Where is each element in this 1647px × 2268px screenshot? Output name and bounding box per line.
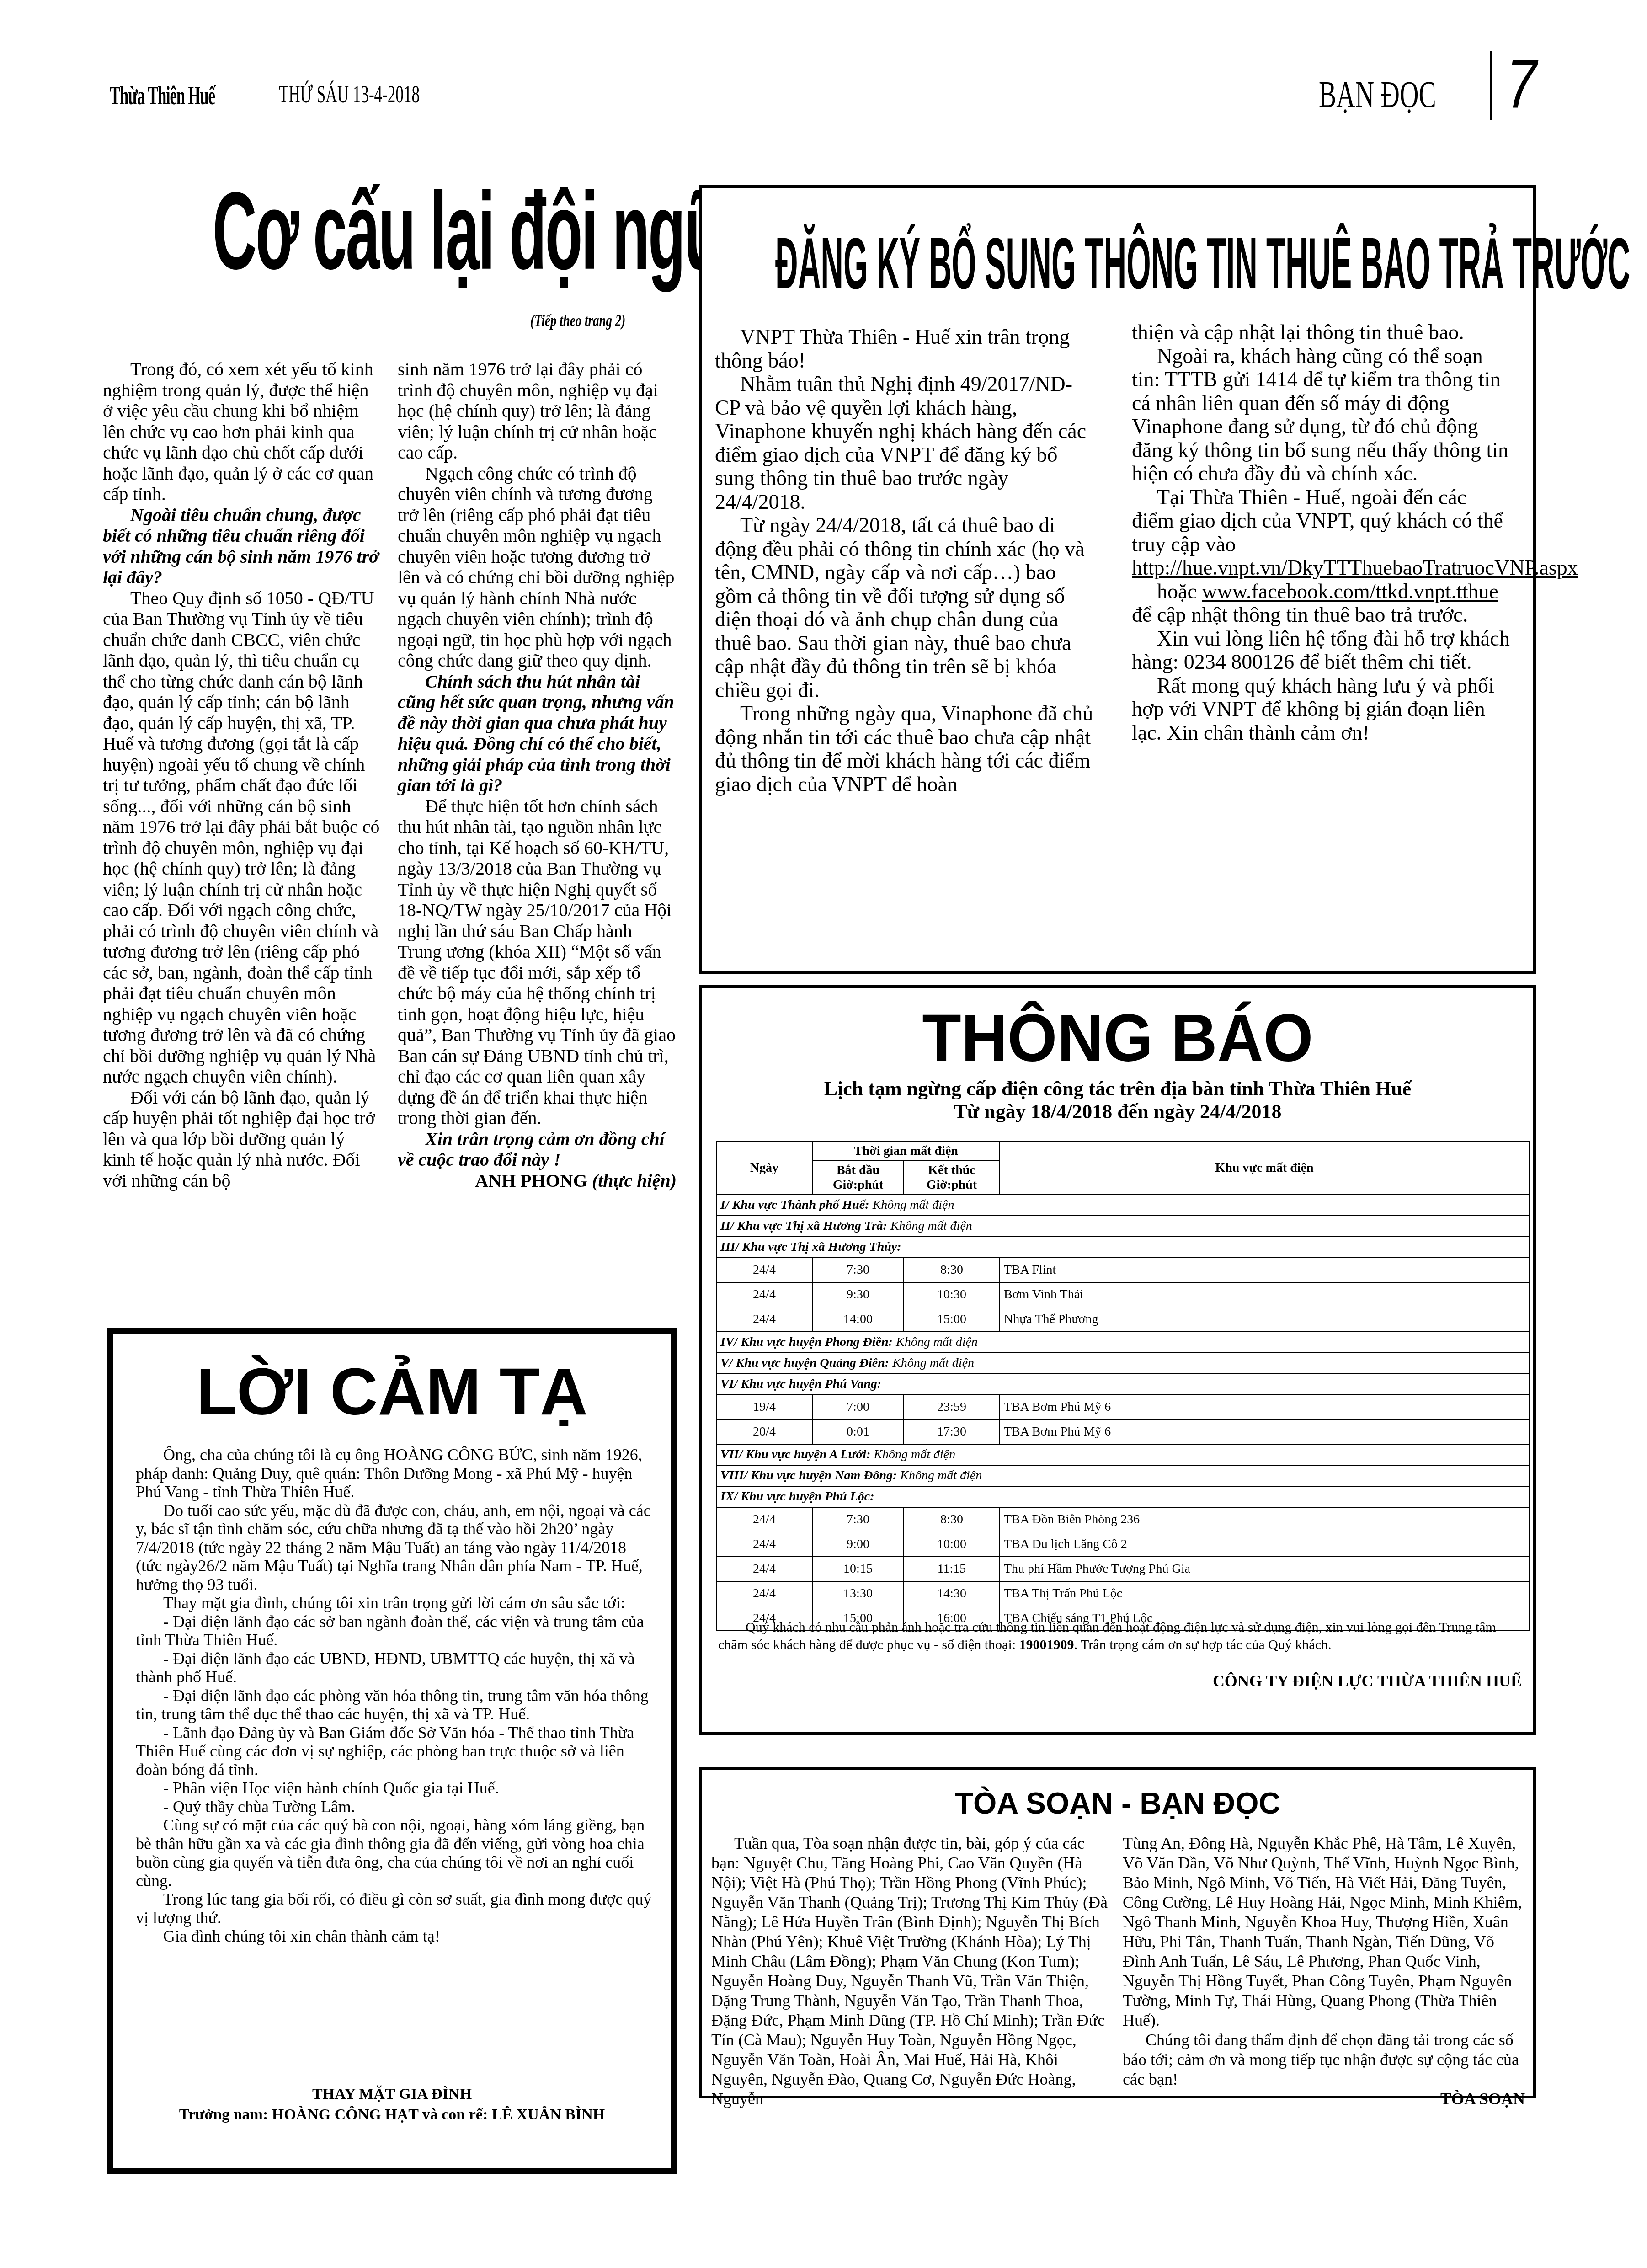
table-row: 24/47:308:30TBA Đồn Biên Phòng 236 <box>716 1507 1529 1532</box>
table-row: 19/47:0023:59TBA Bơm Phú Mỹ 6 <box>716 1395 1529 1420</box>
cell-date: 20/4 <box>716 1420 812 1444</box>
condolence-paragraph: - Lãnh đạo Đảng ủy và Ban Giám đốc Sở Vă… <box>136 1724 652 1779</box>
section-label-cell: IV/ Khu vực huyện Phong Điền: Không mất … <box>716 1332 1529 1353</box>
cell-date: 19/4 <box>716 1395 812 1420</box>
author-note: (thực hiện) <box>592 1170 677 1191</box>
article-column-1: Trong đó, có xem xét yếu tố kinh nghiệm … <box>103 359 382 1191</box>
cell-start: 7:30 <box>812 1258 904 1282</box>
notice-title: THÔNG BÁO <box>702 1005 1533 1072</box>
cell-end: 23:59 <box>904 1395 1000 1420</box>
editorial-column-2: Tùng An, Đông Hà, Nguyễn Khắc Phê, Hà Tâ… <box>1123 1834 1525 2109</box>
vnpt-paragraph: thiện và cập nhật lại thông tin thuê bao… <box>1132 320 1511 344</box>
editorial-signature: TÒA SOẠN <box>1123 2089 1525 2109</box>
condolence-paragraph: - Đại diện lãnh đạo các sở ban ngành đoà… <box>136 1612 652 1649</box>
cell-start: 14:00 <box>812 1307 904 1332</box>
condolence-paragraph: - Phân viện Học viện hành chính Quốc gia… <box>136 1779 652 1798</box>
interview-question: Ngoài tiêu chuẩn chung, được biết có nhữ… <box>103 505 382 588</box>
vnpt-website-link[interactable]: http://hue.vnpt.vn/DkyTTThuebaoTratruocV… <box>1132 556 1578 579</box>
editorial-column-1: Tuần qua, Tòa soạn nhận được tin, bài, g… <box>711 1834 1114 2109</box>
region-label: II/ Khu vực Thị xã Hương Trà: <box>720 1219 887 1233</box>
cell-end: 15:00 <box>904 1307 1000 1332</box>
cell-end: 8:30 <box>904 1507 1000 1532</box>
notice-contact-note: Quý khách có nhu cầu phản ánh hoặc tra c… <box>718 1619 1527 1654</box>
condolence-paragraph: - Đại diện lãnh đạo các phòng văn hóa th… <box>136 1686 652 1724</box>
cell-start: 7:30 <box>812 1507 904 1532</box>
section-row: VII/ Khu vực huyện A Lưới: Không mất điệ… <box>716 1444 1529 1465</box>
article-byline: ANH PHONG (thực hiện) <box>398 1170 677 1191</box>
column-header-area: Khu vực mất điện <box>1000 1142 1529 1195</box>
article-paragraph: Để thực hiện tốt hơn chính sách thu hút … <box>398 796 677 1129</box>
cell-date: 24/4 <box>716 1557 812 1581</box>
editorial-contributors: Tùng An, Đông Hà, Nguyễn Khắc Phê, Hà Tâ… <box>1123 1834 1525 2030</box>
region-label: VII/ Khu vực huyện A Lưới: <box>720 1447 870 1462</box>
table-row: 24/410:1511:15Thu phí Hầm Phước Tượng Ph… <box>716 1557 1529 1581</box>
condolence-paragraph: Trong lúc tang gia bối rối, có điều gì c… <box>136 1890 652 1927</box>
outage-schedule-table: Ngày Thời gian mất điện Khu vực mất điện… <box>716 1141 1530 1631</box>
article-title: Cơ cấu lại đội ngũ... <box>213 176 767 286</box>
condolence-paragraph: - Đại diện lãnh đạo các UBND, HĐND, UBMT… <box>136 1649 652 1686</box>
hotline-number: 19001909 <box>1019 1637 1074 1652</box>
cell-date: 24/4 <box>716 1282 812 1307</box>
vnpt-paragraph: Ngoài ra, khách hàng cũng có thể soạn ti… <box>1132 344 1511 486</box>
section-row: IV/ Khu vực huyện Phong Điền: Không mất … <box>716 1332 1529 1353</box>
table-row: 20/40:0117:30TBA Bơm Phú Mỹ 6 <box>716 1420 1529 1444</box>
section-row: VI/ Khu vực huyện Phú Vang: <box>716 1374 1529 1395</box>
cell-start: 13:30 <box>812 1581 904 1606</box>
condolence-title: LỜI CẢM TẠ <box>113 1359 671 1425</box>
vnpt-title: ĐĂNG KÝ BỔ SUNG THÔNG TIN THUÊ BAO TRẢ T… <box>775 227 1630 300</box>
vnpt-text: hoặc <box>1157 580 1202 603</box>
section-label-cell: II/ Khu vực Thị xã Hương Trà: Không mất … <box>716 1216 1529 1237</box>
section-row: I/ Khu vực Thành phố Huế: Không mất điện <box>716 1195 1529 1216</box>
region-label: VIII/ Khu vực huyện Nam Đông: <box>720 1468 897 1483</box>
table-row: 24/413:3014:30TBA Thị Trấn Phú Lộc <box>716 1581 1529 1606</box>
condolence-paragraph: - Quý thầy chùa Tường Lâm. <box>136 1798 652 1816</box>
condolence-paragraph: Thay mặt gia đình, chúng tôi xin trân tr… <box>136 1594 652 1612</box>
cell-start: 0:01 <box>812 1420 904 1444</box>
section-row: II/ Khu vực Thị xã Hương Trà: Không mất … <box>716 1216 1529 1237</box>
section-row: VIII/ Khu vực huyện Nam Đông: Không mất … <box>716 1465 1529 1486</box>
outage-rows: I/ Khu vực Thành phố Huế: Không mất điện… <box>716 1195 1529 1631</box>
article-paragraph: Trong đó, có xem xét yếu tố kinh nghiệm … <box>103 359 382 505</box>
cell-date: 24/4 <box>716 1307 812 1332</box>
cell-start: 10:15 <box>812 1557 904 1581</box>
cell-area: TBA Bơm Phú Mỹ 6 <box>1000 1395 1529 1420</box>
table-row: 24/49:3010:30Bơm Vinh Thái <box>716 1282 1529 1307</box>
section-name: BẠN ĐỌC <box>1319 73 1436 116</box>
section-row: IX/ Khu vực huyện Phú Lộc: <box>716 1486 1529 1507</box>
editorial-contributors: Tuần qua, Tòa soạn nhận được tin, bài, g… <box>711 1834 1114 2109</box>
region-status: Không mất điện <box>896 1335 978 1349</box>
article-paragraph: Ngạch công chức có trình độ chuyên viên … <box>398 463 677 671</box>
condolence-paragraph: Do tuổi cao sức yếu, mặc dù đã được con,… <box>136 1501 652 1594</box>
condolence-body: Ông, cha của chúng tôi là cụ ông HOÀNG C… <box>136 1446 652 1946</box>
vnpt-paragraph: VNPT Thừa Thiên - Huế xin trân trọng thô… <box>715 325 1094 372</box>
cell-end: 10:30 <box>904 1282 1000 1307</box>
region-status: Không mất điện <box>873 1198 954 1212</box>
cell-date: 24/4 <box>716 1507 812 1532</box>
article-continued-note: (Tiếp theo trang 2) <box>530 311 625 330</box>
section-label-cell: VII/ Khu vực huyện A Lưới: Không mất điệ… <box>716 1444 1529 1465</box>
region-status: Không mất điện <box>900 1468 982 1483</box>
region-label: I/ Khu vực Thành phố Huế: <box>720 1198 869 1212</box>
region-label: IX/ Khu vực huyện Phú Lộc: <box>720 1489 874 1504</box>
article-paragraph: sinh năm 1976 trở lại đây phải có trình … <box>398 359 677 463</box>
region-status: Không mất điện <box>892 1356 974 1370</box>
column-header-end: Kết thúc Giờ:phút <box>904 1161 1000 1195</box>
table-row: 24/49:0010:00TBA Du lịch Lăng Cô 2 <box>716 1532 1529 1557</box>
region-label: III/ Khu vực Thị xã Hương Thủy: <box>720 1240 901 1254</box>
table-row: 24/47:308:30TBA Flint <box>716 1258 1529 1282</box>
vnpt-paragraph: Nhằm tuân thủ Nghị định 49/2017/NĐ-CP và… <box>715 372 1094 513</box>
editorial-title: TÒA SOẠN - BẠN ĐỌC <box>702 1788 1533 1818</box>
cell-end: 14:30 <box>904 1581 1000 1606</box>
editorial-message: Chúng tôi đang thẩm định để chọn đăng tả… <box>1123 2030 1525 2089</box>
closing-thanks: Xin trân trọng cảm ơn đồng chí về cuộc t… <box>398 1129 677 1170</box>
region-status: Không mất điện <box>874 1447 955 1462</box>
editorial-readers-box: TÒA SOẠN - BẠN ĐỌC Tuần qua, Tòa soạn nh… <box>699 1767 1536 2098</box>
section-label-cell: VI/ Khu vực huyện Phú Vang: <box>716 1374 1529 1395</box>
cell-end: 17:30 <box>904 1420 1000 1444</box>
region-label: VI/ Khu vực huyện Phú Vang: <box>720 1377 881 1391</box>
cell-date: 24/4 <box>716 1258 812 1282</box>
cell-area: TBA Bơm Phú Mỹ 6 <box>1000 1420 1529 1444</box>
cell-date: 24/4 <box>716 1581 812 1606</box>
region-label: V/ Khu vực huyện Quảng Điền: <box>720 1356 889 1370</box>
article-column-2: sinh năm 1976 trở lại đây phải có trình … <box>398 359 677 1191</box>
condolence-paragraph: Ông, cha của chúng tôi là cụ ông HOÀNG C… <box>136 1446 652 1501</box>
column-header-start: Bắt đầu Giờ:phút <box>812 1161 904 1195</box>
cell-area: Thu phí Hầm Phước Tượng Phú Gia <box>1000 1557 1529 1581</box>
vnpt-paragraph: Từ ngày 24/4/2018, tất cả thuê bao di độ… <box>715 513 1094 702</box>
condolence-thanks-box: LỜI CẢM TẠ Ông, cha của chúng tôi là cụ … <box>107 1328 677 2174</box>
vnpt-text: để cập nhật thông tin thuê bao trả trước… <box>1132 603 1468 626</box>
condolence-paragraph: Cùng sự có mặt của các quý bà con nội, n… <box>136 1816 652 1890</box>
cell-date: 24/4 <box>716 1532 812 1557</box>
section-label-cell: I/ Khu vực Thành phố Huế: Không mất điện <box>716 1195 1529 1216</box>
cell-start: 9:30 <box>812 1282 904 1307</box>
cell-area: TBA Đồn Biên Phòng 236 <box>1000 1507 1529 1532</box>
article-paragraph: Theo Quy định số 1050 - QĐ/TU của Ban Th… <box>103 588 382 1087</box>
cell-area: Bơm Vinh Thái <box>1000 1282 1529 1307</box>
column-header-date: Ngày <box>716 1142 812 1195</box>
region-status: Không mất điện <box>890 1219 972 1233</box>
cell-area: Nhựa Thế Phương <box>1000 1307 1529 1332</box>
vnpt-column-1: VNPT Thừa Thiên - Huế xin trân trọng thô… <box>715 325 1094 796</box>
notice-signature: CÔNG TY ĐIỆN LỰC THỪA THIÊN HUẾ <box>1213 1671 1522 1691</box>
vnpt-paragraph: Tại Thừa Thiên - Huế, ngoài đến các điểm… <box>1132 486 1511 580</box>
cell-area: TBA Du lịch Lăng Cô 2 <box>1000 1532 1529 1557</box>
section-label-cell: VIII/ Khu vực huyện Nam Đông: Không mất … <box>716 1465 1529 1486</box>
vnpt-paragraph: hoặc www.facebook.com/ttkd.vnpt.tthue để… <box>1132 580 1511 627</box>
table-row: 24/414:0015:00Nhựa Thế Phương <box>716 1307 1529 1332</box>
notice-subtitle: Lịch tạm ngừng cấp điện công tác trên đị… <box>702 1077 1533 1100</box>
note-text: . Trân trọng cám ơn sự hợp tác của Quý k… <box>1074 1637 1332 1652</box>
issue-date: THỨ SÁU 13-4-2018 <box>279 80 420 108</box>
cell-end: 10:00 <box>904 1532 1000 1557</box>
section-row: III/ Khu vực Thị xã Hương Thủy: <box>716 1237 1529 1258</box>
section-label-cell: IX/ Khu vực huyện Phú Lộc: <box>716 1486 1529 1507</box>
notice-date-range: Từ ngày 18/4/2018 đến ngày 24/4/2018 <box>702 1100 1533 1123</box>
condolence-paragraph: Gia đình chúng tôi xin chân thành cảm tạ… <box>136 1927 652 1946</box>
vnpt-facebook-link[interactable]: www.facebook.com/ttkd.vnpt.tthue <box>1202 580 1498 603</box>
header-divider <box>1490 51 1492 120</box>
vnpt-text: Tại Thừa Thiên - Huế, ngoài đến các điểm… <box>1132 486 1503 556</box>
condolence-signature-names: Trưởng nam: HOÀNG CÔNG HẠT và con rể: LÊ… <box>113 2106 671 2124</box>
newspaper-name: Thừa Thiên Huế <box>110 80 215 111</box>
power-outage-notice-box: THÔNG BÁO Lịch tạm ngừng cấp điện công t… <box>699 985 1536 1735</box>
vnpt-paragraph: Rất mong quý khách hàng lưu ý và phối hợ… <box>1132 674 1511 745</box>
section-row: V/ Khu vực huyện Quảng Điền: Không mất đ… <box>716 1353 1529 1374</box>
column-header-time: Thời gian mất điện <box>812 1142 1000 1161</box>
section-label-cell: V/ Khu vực huyện Quảng Điền: Không mất đ… <box>716 1353 1529 1374</box>
vnpt-paragraph: Trong những ngày qua, Vinaphone đã chủ đ… <box>715 702 1094 796</box>
vnpt-column-2: thiện và cập nhật lại thông tin thuê bao… <box>1132 320 1511 744</box>
author-name: ANH PHONG <box>475 1170 587 1191</box>
condolence-signature-heading: THAY MẶT GIA ĐÌNH <box>113 2086 671 2103</box>
region-label: IV/ Khu vực huyện Phong Điền: <box>720 1335 893 1349</box>
cell-start: 7:00 <box>812 1395 904 1420</box>
cell-end: 11:15 <box>904 1557 1000 1581</box>
article-paragraph: Đối với cán bộ lãnh đạo, quản lý cấp huy… <box>103 1087 382 1191</box>
interview-question: Chính sách thu hút nhân tài cũng hết sức… <box>398 671 677 796</box>
cell-end: 8:30 <box>904 1258 1000 1282</box>
vnpt-paragraph: Xin vui lòng liên hệ tổng đài hỗ trợ khá… <box>1132 627 1511 674</box>
cell-area: TBA Flint <box>1000 1258 1529 1282</box>
cell-area: TBA Thị Trấn Phú Lộc <box>1000 1581 1529 1606</box>
page-number: 7 <box>1506 49 1537 118</box>
section-label-cell: III/ Khu vực Thị xã Hương Thủy: <box>716 1237 1529 1258</box>
vnpt-announcement-box: ĐĂNG KÝ BỔ SUNG THÔNG TIN THUÊ BAO TRẢ T… <box>699 185 1536 974</box>
cell-start: 9:00 <box>812 1532 904 1557</box>
